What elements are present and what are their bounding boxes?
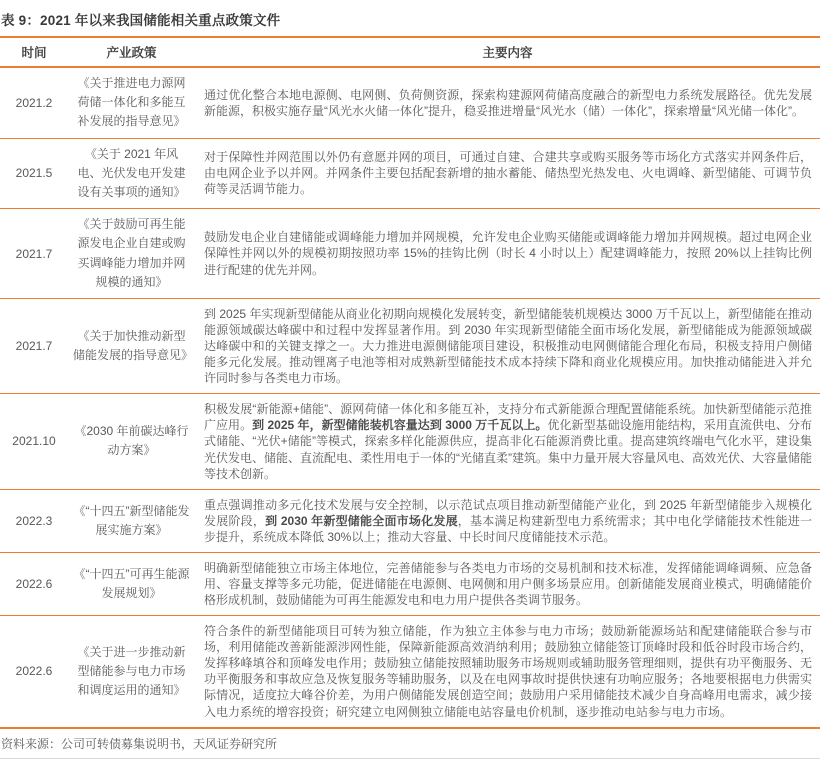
date-cell: 2021.7 bbox=[0, 298, 68, 393]
date-cell: 2022.3 bbox=[0, 489, 68, 552]
date-cell: 2021.7 bbox=[0, 209, 68, 299]
content-cell: 积极发展“新能源+储能”、源网荷储一体化和多能互补，支持分布式新能源合理配置储能… bbox=[195, 394, 820, 489]
content-cell: 符合条件的新型储能项目可转为独立储能，作为独立主体参与电力市场；鼓励新能源场站和… bbox=[195, 616, 820, 728]
content-cell: 重点强调推动多元化技术发展与安全控制，以示范试点项目推动新型储能产业化，到 20… bbox=[195, 489, 820, 552]
date-cell: 2021.10 bbox=[0, 394, 68, 489]
source-note: 资料来源：公司可转债募集说明书，天风证券研究所 bbox=[0, 729, 820, 759]
policy-cell: 《关于推进电力源网荷储一体化和多能互补发展的指导意见》 bbox=[68, 67, 195, 138]
content-cell: 到 2025 年实现新型储能从商业化初期向规模化发展转变，新型储能装机规模达 3… bbox=[195, 298, 820, 393]
research-report-table-page: 表 9：2021 年以来我国储能相关重点政策文件 时间 产业政策 主要内容 20… bbox=[0, 0, 820, 759]
date-cell: 2021.5 bbox=[0, 138, 68, 209]
table-title: 表 9：2021 年以来我国储能相关重点政策文件 bbox=[0, 0, 820, 36]
col-header-time: 时间 bbox=[0, 37, 68, 67]
policy-cell: 《关于 2021 年风电、光伏发电开发建设有关事项的通知》 bbox=[68, 138, 195, 209]
content-cell: 明确新型储能独立市场主体地位，完善储能参与各类电力市场的交易机制和技术标准，发挥… bbox=[195, 552, 820, 615]
date-cell: 2021.2 bbox=[0, 67, 68, 138]
table-row: 2021.10 《2030 年前碳达峰行动方案》 积极发展“新能源+储能”、源网… bbox=[0, 394, 820, 489]
table-row: 2022.6 《“十四五”可再生能源发展规划》 明确新型储能独立市场主体地位，完… bbox=[0, 552, 820, 615]
date-cell: 2022.6 bbox=[0, 552, 68, 615]
header-row: 时间 产业政策 主要内容 bbox=[0, 37, 820, 67]
table-row: 2022.6 《关于进一步推动新型储能参与电力市场和调度运用的通知》 符合条件的… bbox=[0, 616, 820, 728]
content-cell: 鼓励发电企业自建储能或调峰能力增加并网规模，允许发电企业购买储能或调峰能力增加并… bbox=[195, 209, 820, 299]
table-row: 2022.3 《“十四五”新型储能发展实施方案》 重点强调推动多元化技术发展与安… bbox=[0, 489, 820, 552]
policy-cell: 《关于进一步推动新型储能参与电力市场和调度运用的通知》 bbox=[68, 616, 195, 728]
col-header-content: 主要内容 bbox=[195, 37, 820, 67]
col-header-policy: 产业政策 bbox=[68, 37, 195, 67]
table-row: 2021.2 《关于推进电力源网荷储一体化和多能互补发展的指导意见》 通过优化整… bbox=[0, 67, 820, 138]
policy-cell: 《“十四五”可再生能源发展规划》 bbox=[68, 552, 195, 615]
table-row: 2021.5 《关于 2021 年风电、光伏发电开发建设有关事项的通知》 对于保… bbox=[0, 138, 820, 209]
policy-cell: 《关于鼓励可再生能源发电企业自建或购买调峰能力增加并网规模的通知》 bbox=[68, 209, 195, 299]
policy-cell: 《2030 年前碳达峰行动方案》 bbox=[68, 394, 195, 489]
policy-cell: 《“十四五”新型储能发展实施方案》 bbox=[68, 489, 195, 552]
date-cell: 2022.6 bbox=[0, 616, 68, 728]
policy-table: 时间 产业政策 主要内容 2021.2 《关于推进电力源网荷储一体化和多能互补发… bbox=[0, 36, 820, 729]
content-cell: 通过优化整合本地电源侧、电网侧、负荷侧资源，探索构建源网荷储高度融合的新型电力系… bbox=[195, 67, 820, 138]
policy-cell: 《关于加快推动新型储能发展的指导意见》 bbox=[68, 298, 195, 393]
table-row: 2021.7 《关于加快推动新型储能发展的指导意见》 到 2025 年实现新型储… bbox=[0, 298, 820, 393]
content-cell: 对于保障性并网范围以外仍有意愿并网的项目，可通过自建、合建共享或购买服务等市场化… bbox=[195, 138, 820, 209]
table-row: 2021.7 《关于鼓励可再生能源发电企业自建或购买调峰能力增加并网规模的通知》… bbox=[0, 209, 820, 299]
